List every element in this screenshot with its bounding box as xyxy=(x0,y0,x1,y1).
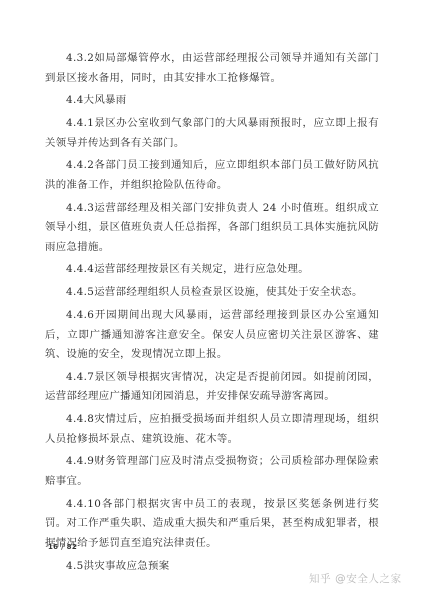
document-page: 4.3.2如局部爆管停水，由运营部经理报公司领导并通知有关部门到景区接水备用，同… xyxy=(0,0,424,600)
paragraph-4-4-7: 4.4.7景区领导根据灾害情况，决定是否提前闭园。如提前闭园，运营部经理应广播通… xyxy=(45,368,379,407)
paragraph-4-4-8: 4.4.8灾情过后，应拍摄受损场面并组织人员立即清理现场，组织人员抢修损坏景点、… xyxy=(45,410,379,449)
page-number: 16 / 82 xyxy=(48,543,77,551)
section-heading-4-4: 4.4大风暴雨 xyxy=(45,91,379,111)
paragraph-4-4-3: 4.4.3运营部经理及相关部门安排负责人 24 小时值班。组织成立领导小组，景区… xyxy=(45,199,379,258)
document-body: 4.3.2如局部爆管停水，由运营部经理报公司领导并通知有关部门到景区接水备用，同… xyxy=(45,49,379,579)
paragraph-4-4-2: 4.4.2各部门员工接到通知后，应立即组织本部门员工做好防风抗洪的准备工作，并组… xyxy=(45,156,379,195)
paragraph-4-4-5: 4.4.5运营部经理组织人员检查景区设施，使其处于安全状态。 xyxy=(45,283,379,303)
paragraph-4-3-2: 4.3.2如局部爆管停水，由运营部经理报公司领导并通知有关部门到景区接水备用，同… xyxy=(45,49,379,88)
watermark: 知乎 @安全人之家 xyxy=(309,571,402,586)
paragraph-4-4-1: 4.4.1景区办公室收到气象部门的大风暴雨预报时，应立即上报有关领导并传达到各有… xyxy=(45,114,379,153)
paragraph-4-4-4: 4.4.4运营部经理按景区有关规定，进行应急处理。 xyxy=(45,260,379,280)
paragraph-4-4-9: 4.4.9财务管理部门应及时清点受损物资；公司质检部办理保险索赔事宜。 xyxy=(45,452,379,491)
paragraph-4-4-10: 4.4.10各部门根据灾害中员工的表现，按景区奖惩条例进行奖罚。对工作严重失职、… xyxy=(45,495,379,554)
paragraph-4-4-6: 4.4.6开园期间出现大风暴雨，运营部经理接到景区办公室通知后，立即广播通知游客… xyxy=(45,306,379,365)
